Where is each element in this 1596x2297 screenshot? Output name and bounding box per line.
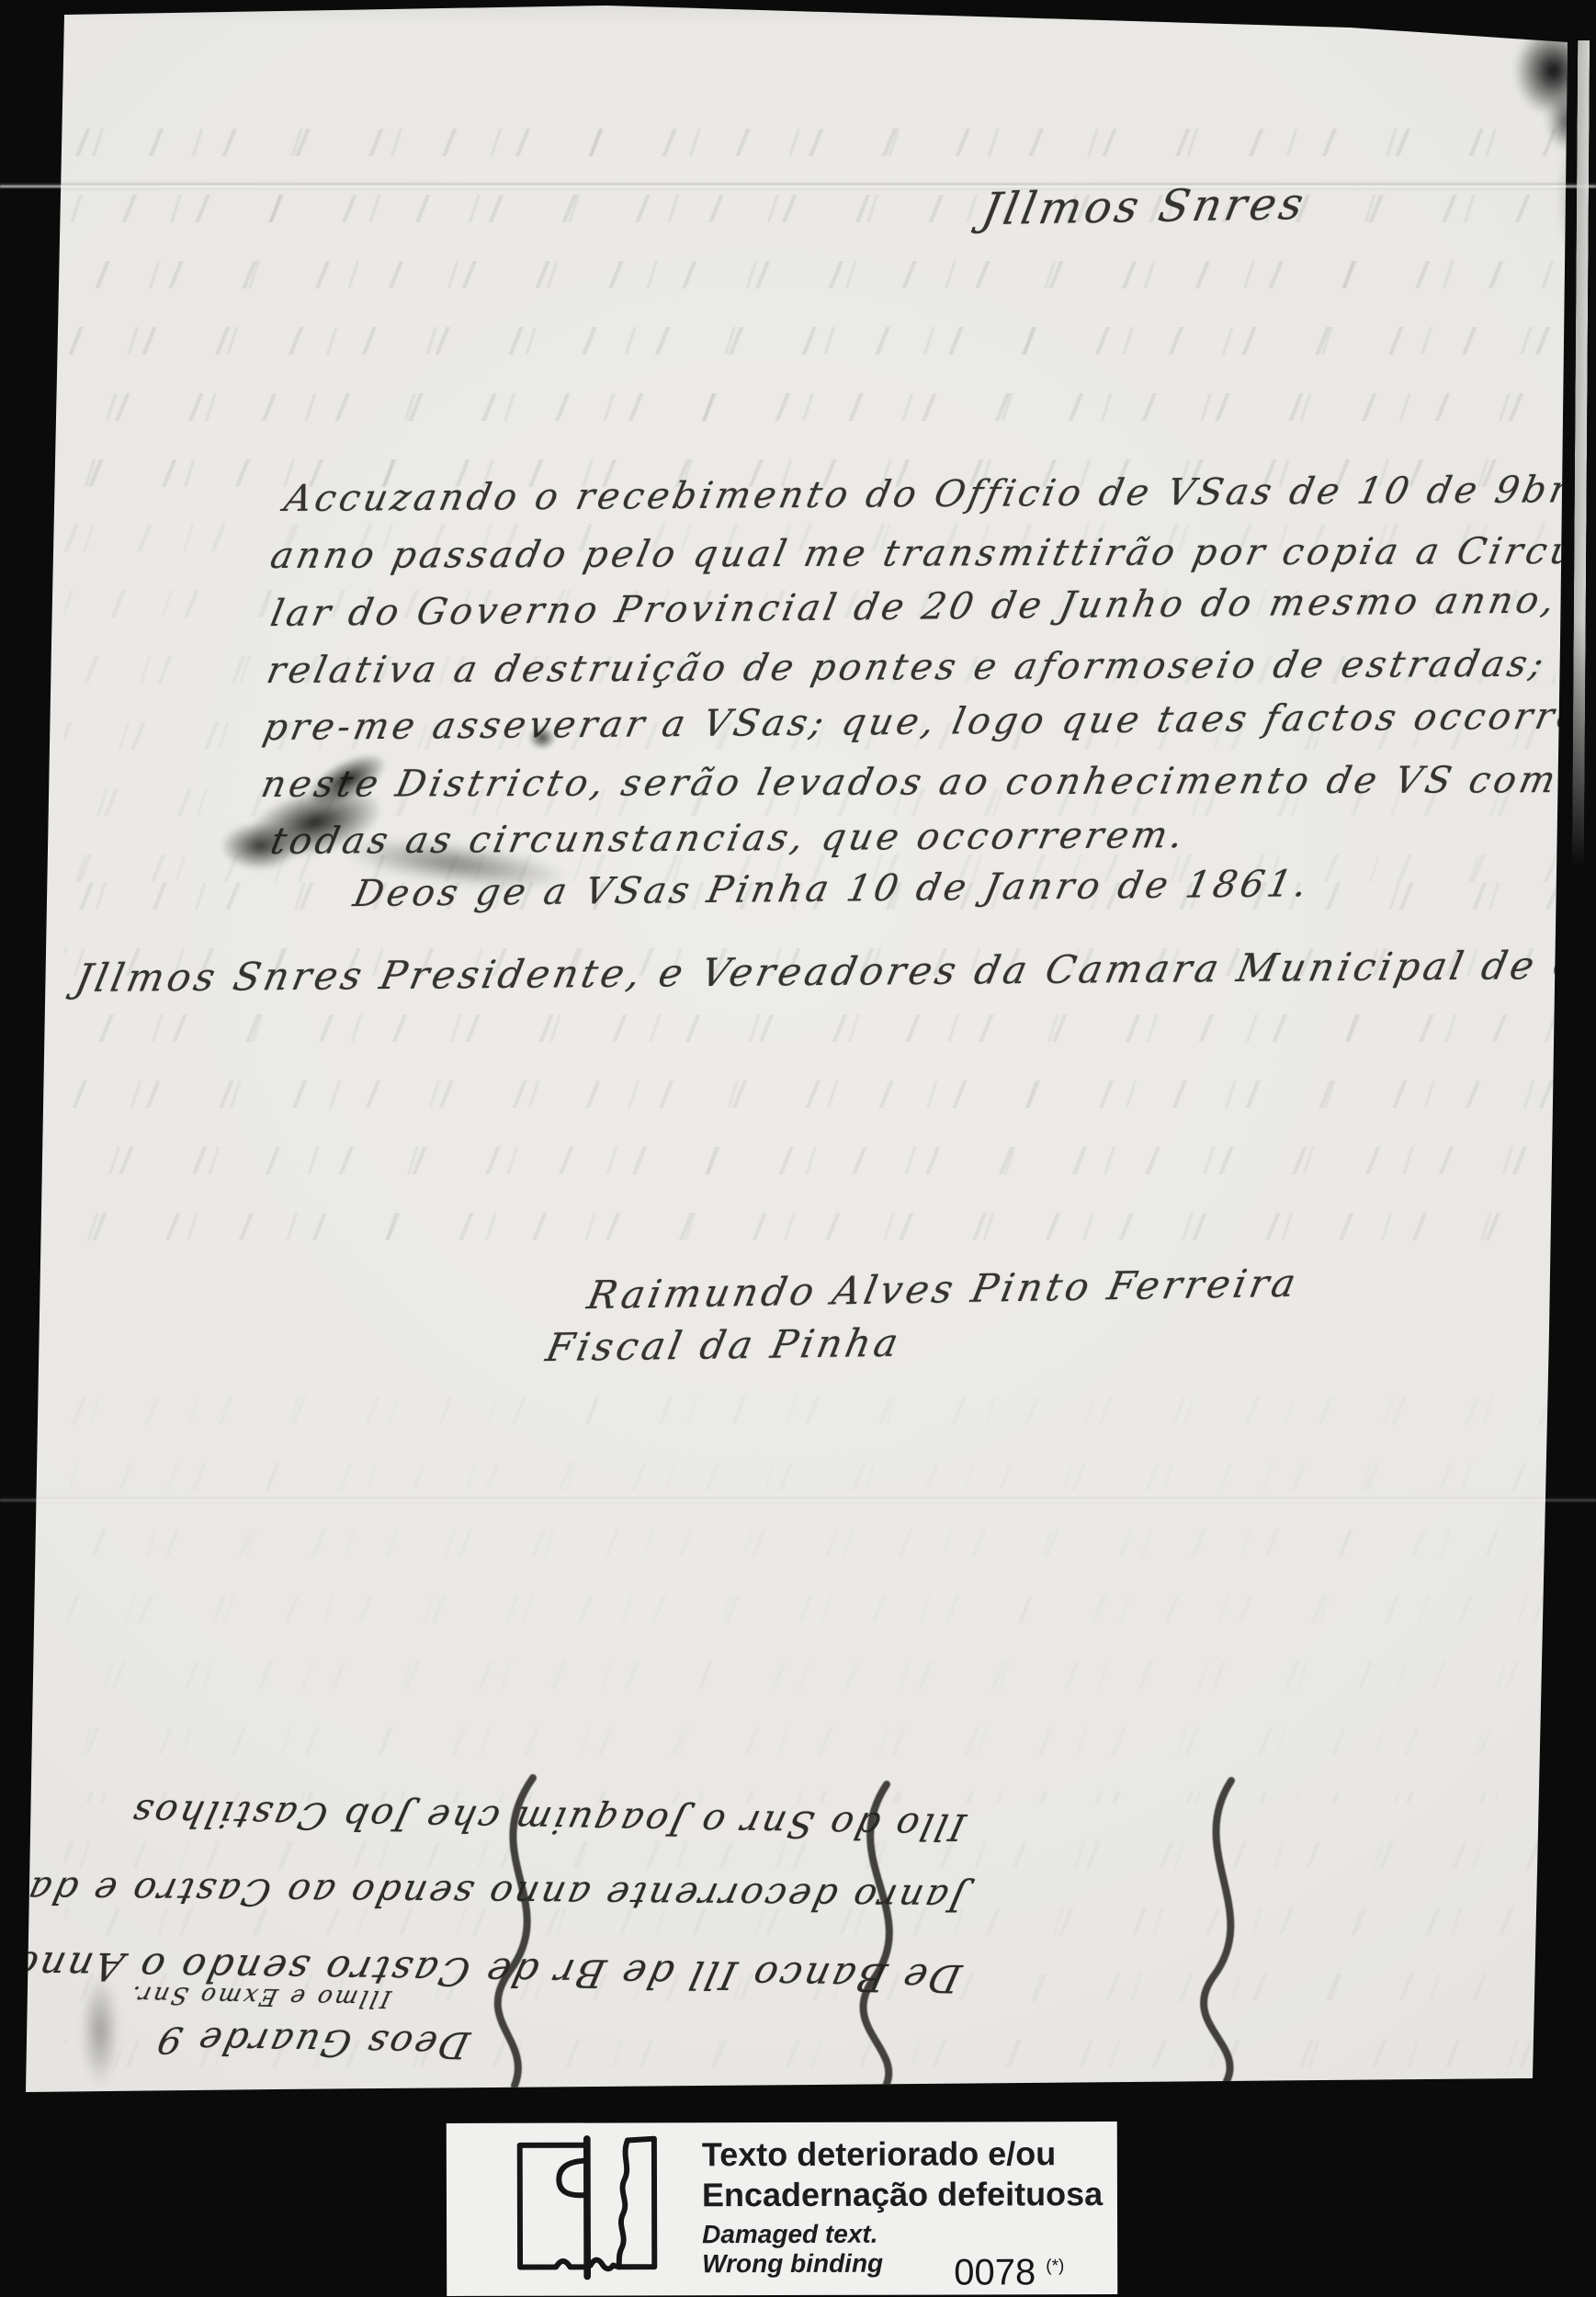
letter-page: Jllmos Snres Accuzando o recebimento do … <box>0 0 1596 2297</box>
bleedthrough-band <box>64 119 1556 487</box>
flourish-strokes <box>423 1773 1305 2090</box>
bleedthrough-band <box>64 1378 1556 1755</box>
body-line: todas as circunstancias, que occorrerem. <box>267 814 1191 863</box>
body-line: anno passado pelo qual me transmittirão … <box>266 530 1596 577</box>
adjacent-page-edge <box>1572 40 1590 867</box>
damaged-book-icon <box>509 2130 665 2286</box>
label-number: 0078 (*) <box>954 2252 1064 2293</box>
body-line: neste Districto, serão levados ao conhec… <box>257 759 1562 806</box>
signature-title: Fiscal da Pinha <box>542 1320 905 1371</box>
scanned-document-viewport: Jllmos Snres Accuzando o recebimento do … <box>0 0 1596 2297</box>
label-number-note: (*) <box>1046 2257 1064 2276</box>
inverted-line: Illmo e Exmo Snr. <box>149 1981 394 2012</box>
label-text-pt-2: Encadernação defeituosa <box>702 2175 1103 2214</box>
signature-name: Raimundo Alves Pinto Ferreira <box>583 1261 1303 1318</box>
label-text-en-2: Wrong binding <box>702 2249 883 2280</box>
bleedthrough-band <box>64 882 1556 1240</box>
label-text-en-1: Damaged text. <box>702 2220 877 2250</box>
label-text-pt-1: Texto deteriorado e/ou <box>702 2134 1056 2174</box>
label-number-value: 0078 <box>954 2252 1036 2292</box>
body-line: relativa a destruição de pontes e aformo… <box>263 642 1596 692</box>
fold-crease <box>0 1496 1596 1504</box>
fold-crease <box>0 182 1596 190</box>
archive-condition-label: Texto deteriorado e/ou Encadernação defe… <box>447 2122 1117 2296</box>
